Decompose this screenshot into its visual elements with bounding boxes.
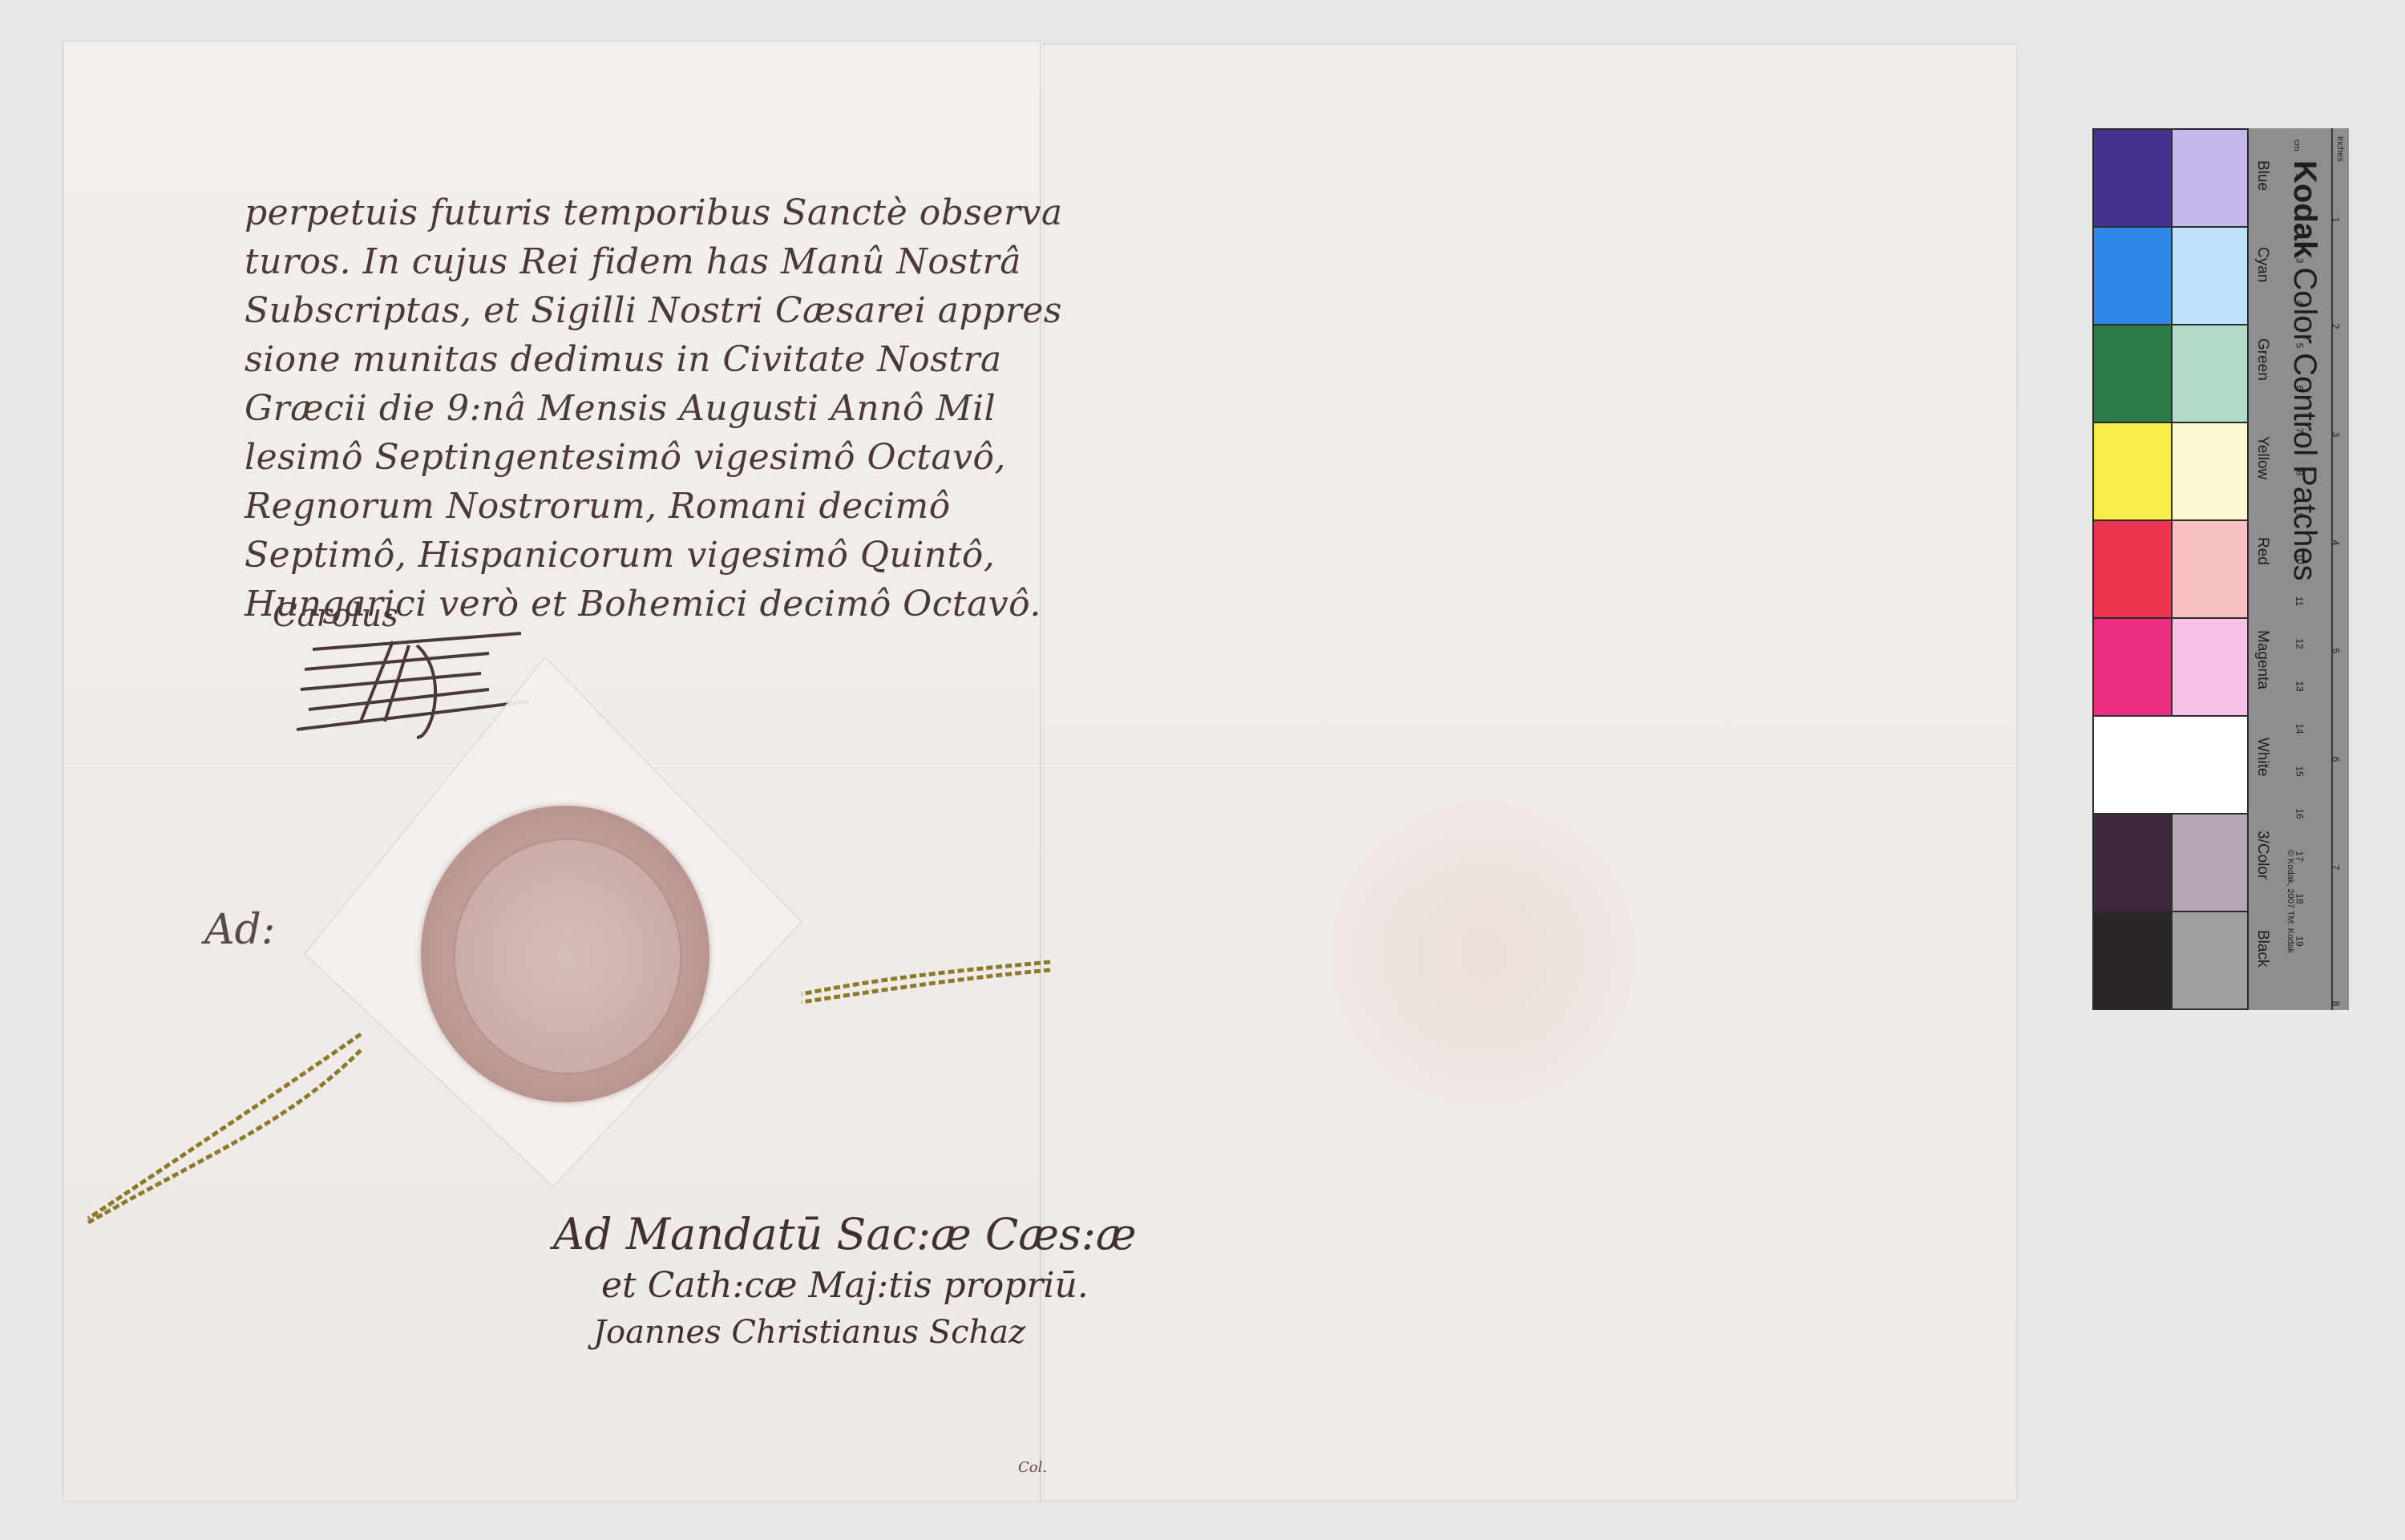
patch-cyan-light (2171, 226, 2249, 325)
text-line: sione munitas dedimus in Civitate Nostra (245, 335, 1062, 384)
patch-yellow-light (2171, 422, 2249, 521)
text-line: lesimô Septingentesimô vigesimô Octavô, (245, 433, 1062, 482)
ruler-edge (2331, 128, 2333, 1010)
text-line: turos. In cujus Rei fidem has Manû Nostr… (245, 237, 1062, 286)
patch-cyan-dark (2092, 226, 2173, 325)
label-yellow: Yellow (2253, 436, 2271, 479)
countersignature: Ad Mandatū Sac:æ Cæs:æ et Cath:cæ Maj:ti… (553, 1207, 1137, 1356)
patch-white (2092, 715, 2249, 814)
label-blue: Blue (2253, 160, 2271, 191)
text-line: Septimô, Hispanicorum vigesimô Quintô, (245, 531, 1062, 580)
text-line: Græcii die 9:nâ Mensis Augusti Annô Mil (245, 384, 1062, 433)
label-black: Black (2253, 930, 2271, 967)
label-white: White (2253, 738, 2271, 777)
countersign-line: et Cath:cæ Maj:tis propriū. (553, 1263, 1137, 1309)
cm-tick: 12 (2294, 638, 2306, 649)
patch-magenta-light (2171, 617, 2249, 717)
right-page (1042, 45, 2016, 1500)
label-red: Red (2253, 537, 2271, 565)
text-line: perpetuis futuris temporibus Sanctè obse… (245, 188, 1062, 237)
patch-3color-light (2171, 813, 2249, 912)
inch-tick: 6 (2330, 757, 2341, 762)
bottom-marginal-note: Col. (1018, 1459, 1047, 1476)
ruler-unit-inches: inches (2335, 136, 2345, 162)
inch-tick: 3 (2330, 432, 2341, 438)
patch-green-light (2171, 324, 2249, 423)
ruler-unit-cm: cm (2292, 139, 2302, 152)
cm-tick: 9 (2294, 513, 2305, 519)
patch-black-dark (2092, 911, 2173, 1010)
label-green: Green (2253, 338, 2271, 381)
cm-tick: 19 (2294, 936, 2306, 946)
inch-tick: 4 (2330, 540, 2341, 546)
inch-tick: 2 (2330, 324, 2341, 329)
patch-red-light (2171, 519, 2249, 619)
seal-bleed-through (1331, 802, 1635, 1106)
patch-green-dark (2092, 324, 2173, 423)
cm-tick: 2 (2294, 216, 2305, 221)
left-margin-mark: Ad: (204, 906, 275, 954)
cm-tick: 5 (2294, 343, 2305, 349)
label-3color: 3/Color (2253, 831, 2271, 879)
cm-tick: 10 (2294, 553, 2306, 564)
patch-black-light (2171, 911, 2249, 1010)
cm-tick: 3 (2294, 258, 2305, 264)
cm-tick: 6 (2294, 386, 2305, 391)
inch-tick: 1 (2330, 217, 2341, 223)
cm-tick: 1 (2294, 173, 2305, 179)
cm-tick: 17 (2294, 851, 2306, 861)
cm-tick: 11 (2294, 596, 2305, 606)
patch-blue-light (2171, 128, 2249, 228)
cm-tick: 4 (2294, 301, 2305, 306)
cm-tick: 13 (2294, 681, 2306, 691)
patch-red-dark (2092, 519, 2173, 619)
inch-tick: 8 (2330, 1001, 2341, 1007)
label-cyan: Cyan (2253, 247, 2271, 282)
cm-tick: 18 (2294, 893, 2306, 903)
text-line: Regnorum Nostrorum, Romani decimô (245, 482, 1062, 531)
secretary-name: Joannes Christianus Schaz (553, 1309, 1137, 1356)
patch-blue-dark (2092, 128, 2173, 228)
label-magenta: Magenta (2253, 630, 2271, 689)
text-line: Subscriptas, et Sigilli Nostri Cæsarei a… (245, 286, 1062, 335)
cm-tick: 8 (2294, 471, 2305, 476)
inch-tick: 5 (2330, 649, 2341, 654)
patch-magenta-dark (2092, 617, 2173, 717)
cm-tick: 14 (2294, 723, 2306, 734)
seal-cord-icon (80, 946, 1058, 1235)
kodak-color-chart: Kodak Color Control Patches Blue Cyan Gr… (2092, 128, 2349, 1010)
patch-yellow-dark (2092, 422, 2173, 521)
countersign-line: Ad Mandatū Sac:æ Cæs:æ (553, 1207, 1137, 1263)
cm-tick: 7 (2294, 428, 2305, 434)
patch-3color-dark (2092, 813, 2173, 912)
inch-tick: 7 (2330, 865, 2341, 871)
charter-text: perpetuis futuris temporibus Sanctè obse… (245, 188, 1062, 629)
cm-tick: 15 (2294, 766, 2306, 776)
cm-tick: 16 (2294, 808, 2306, 819)
